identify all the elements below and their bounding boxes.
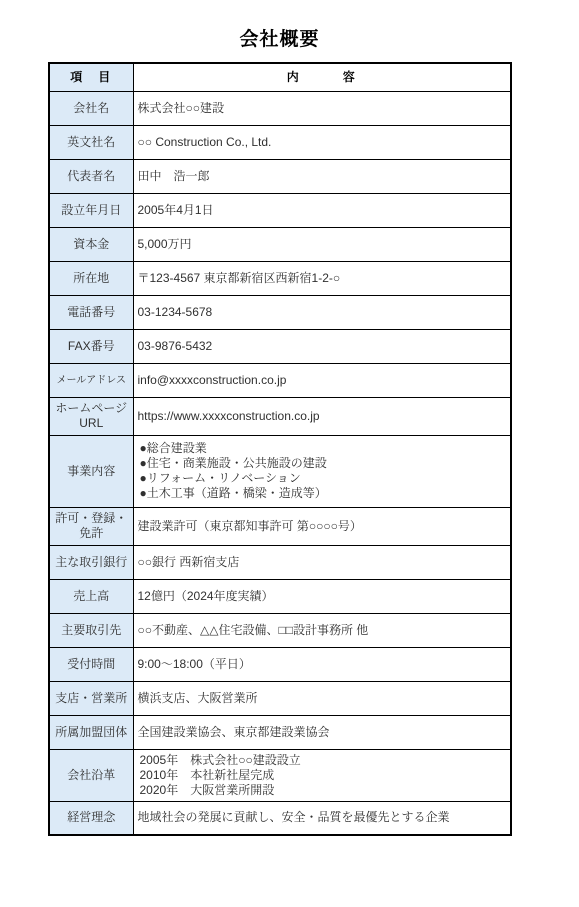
row-value-main-clients: ○○不動産、△△住宅設備、□□設計事務所 他 — [133, 613, 511, 647]
table-row: ホームページ URL https://www.xxxxconstruction.… — [49, 397, 511, 435]
row-label-founded-date: 設立年月日 — [49, 193, 133, 227]
table-row: FAX番号 03-9876-5432 — [49, 329, 511, 363]
company-overview-table: 項 目 内 容 会社名 株式会社○○建設 英文社名 ○○ Constructio… — [48, 62, 512, 836]
table-row: 設立年月日 2005年4月1日 — [49, 193, 511, 227]
row-value-representative: 田中 浩一郎 — [133, 159, 511, 193]
table-row: 受付時間 9:00～18:00（平日） — [49, 647, 511, 681]
table-row: 支店・営業所 横浜支店、大阪営業所 — [49, 681, 511, 715]
row-label-memberships: 所属加盟団体 — [49, 715, 133, 749]
row-label-company-name: 会社名 — [49, 91, 133, 125]
table-row: 売上高 12億円（2024年度実績） — [49, 579, 511, 613]
table-row: 所在地 〒123-4567 東京都新宿区西新宿1-2-○ — [49, 261, 511, 295]
row-label-english-name: 英文社名 — [49, 125, 133, 159]
column-header-content: 内 容 — [133, 63, 511, 91]
table-row: 許可・登録・ 免許 建設業許可（東京都知事許可 第○○○○号） — [49, 507, 511, 545]
table-row: 所属加盟団体 全国建設業協会、東京都建設業協会 — [49, 715, 511, 749]
row-value-website-url: https://www.xxxxconstruction.co.jp — [133, 397, 511, 435]
row-label-capital: 資本金 — [49, 227, 133, 261]
row-label-main-clients: 主要取引先 — [49, 613, 133, 647]
row-label-branches: 支店・営業所 — [49, 681, 133, 715]
table-header-row: 項 目 内 容 — [49, 63, 511, 91]
row-value-philosophy: 地域社会の発展に貢献し、安全・品質を最優先とする企業 — [133, 801, 511, 835]
table-row: 英文社名 ○○ Construction Co., Ltd. — [49, 125, 511, 159]
row-label-address: 所在地 — [49, 261, 133, 295]
table-row: 主要取引先 ○○不動産、△△住宅設備、□□設計事務所 他 — [49, 613, 511, 647]
row-label-main-bank: 主な取引銀行 — [49, 545, 133, 579]
table-row: 会社名 株式会社○○建設 — [49, 91, 511, 125]
row-label-business-description: 事業内容 — [49, 435, 133, 507]
row-value-branches: 横浜支店、大阪営業所 — [133, 681, 511, 715]
row-value-memberships: 全国建設業協会、東京都建設業協会 — [133, 715, 511, 749]
table-row: 会社沿革 2005年 株式会社○○建設設立 2010年 本社新社屋完成 2020… — [49, 749, 511, 801]
row-value-founded-date: 2005年4月1日 — [133, 193, 511, 227]
row-value-capital: 5,000万円 — [133, 227, 511, 261]
row-value-business-hours: 9:00～18:00（平日） — [133, 647, 511, 681]
row-value-email: info@xxxxconstruction.co.jp — [133, 363, 511, 397]
row-value-english-name: ○○ Construction Co., Ltd. — [133, 125, 511, 159]
row-label-representative: 代表者名 — [49, 159, 133, 193]
row-value-licenses: 建設業許可（東京都知事許可 第○○○○号） — [133, 507, 511, 545]
column-header-item: 項 目 — [49, 63, 133, 91]
row-label-website-url: ホームページ URL — [49, 397, 133, 435]
table-row: 経営理念 地域社会の発展に貢献し、安全・品質を最優先とする企業 — [49, 801, 511, 835]
row-label-phone: 電話番号 — [49, 295, 133, 329]
row-label-company-history: 会社沿革 — [49, 749, 133, 801]
row-label-philosophy: 経営理念 — [49, 801, 133, 835]
table-row: 電話番号 03-1234-5678 — [49, 295, 511, 329]
row-value-main-bank: ○○銀行 西新宿支店 — [133, 545, 511, 579]
table-row: メールアドレス info@xxxxconstruction.co.jp — [49, 363, 511, 397]
table-row: 主な取引銀行 ○○銀行 西新宿支店 — [49, 545, 511, 579]
row-label-email: メールアドレス — [49, 363, 133, 397]
row-value-address: 〒123-4567 東京都新宿区西新宿1-2-○ — [133, 261, 511, 295]
row-value-revenue: 12億円（2024年度実績） — [133, 579, 511, 613]
row-value-phone: 03-1234-5678 — [133, 295, 511, 329]
row-label-revenue: 売上高 — [49, 579, 133, 613]
page-title: 会社概要 — [42, 24, 517, 51]
row-label-business-hours: 受付時間 — [49, 647, 133, 681]
table-row: 代表者名 田中 浩一郎 — [49, 159, 511, 193]
table-row: 事業内容 ●総合建設業 ●住宅・商業施設・公共施設の建設 ●リフォーム・リノベー… — [49, 435, 511, 507]
table-row: 資本金 5,000万円 — [49, 227, 511, 261]
row-label-licenses: 許可・登録・ 免許 — [49, 507, 133, 545]
document-page: 会社概要 項 目 内 容 会社名 株式会社○○建設 英文社名 ○○ Constr… — [0, 0, 579, 907]
row-value-fax: 03-9876-5432 — [133, 329, 511, 363]
row-value-company-history: 2005年 株式会社○○建設設立 2010年 本社新社屋完成 2020年 大阪営… — [133, 749, 511, 801]
row-label-fax: FAX番号 — [49, 329, 133, 363]
row-value-business-description: ●総合建設業 ●住宅・商業施設・公共施設の建設 ●リフォーム・リノベーション ●… — [133, 435, 511, 507]
row-value-company-name: 株式会社○○建設 — [133, 91, 511, 125]
